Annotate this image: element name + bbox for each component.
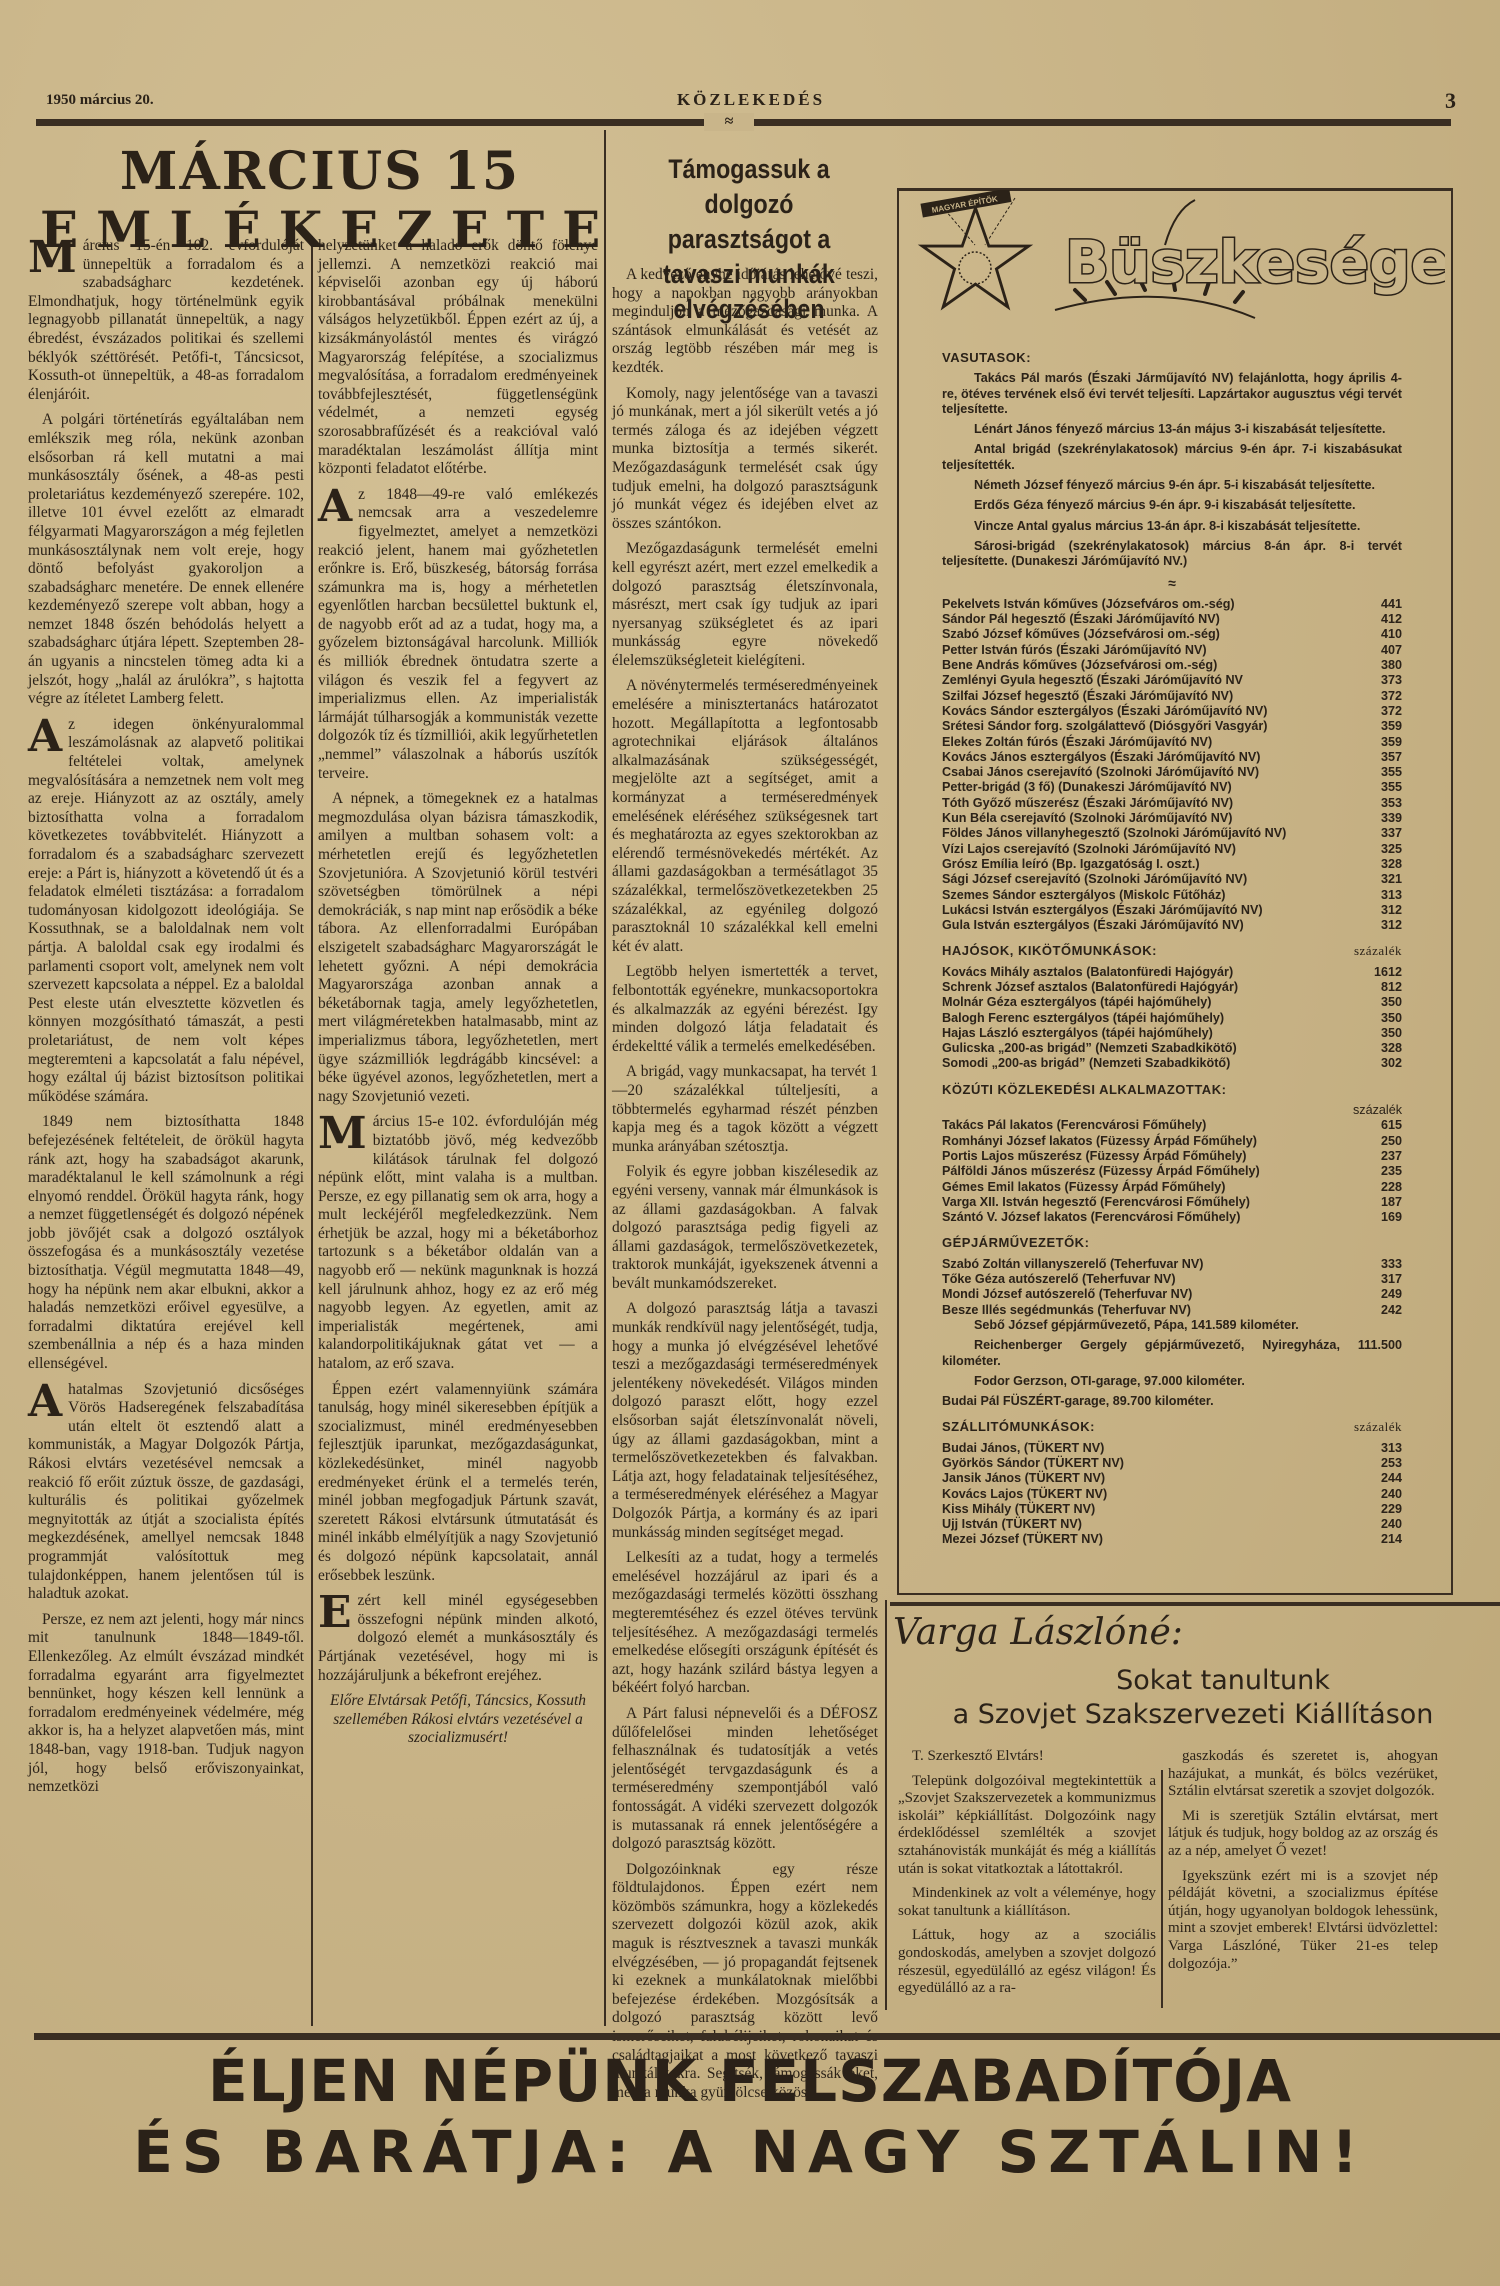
percent-value: 240: [1362, 1517, 1402, 1532]
ranking-row: Tőke Géza autószerelő (Teherfuvar NV)317: [942, 1272, 1402, 1287]
worker-name: Mondi József autószerelő (Teherfuvar NV): [942, 1287, 1192, 1302]
percent-value: 253: [1362, 1456, 1402, 1471]
worker-name: Sági József cserejavító (Szolnoki Járómű…: [942, 872, 1247, 887]
ranking-row: Mondi József autószerelő (Teherfuvar NV)…: [942, 1287, 1402, 1302]
article-paragraph: Az 1848—49-re való emlékezés nemcsak arr…: [318, 486, 598, 784]
paragraph-text: A polgári történetírás egyáltalában nem …: [28, 411, 304, 707]
worker-name: Hajas László esztergályos (tápéi hajóműh…: [942, 1026, 1213, 1041]
ranking-row: Tóth Győző műszerész (Északi Járóműjavít…: [942, 796, 1402, 811]
article-paragraph: A brigád, vagy munkacsapat, ha tervét 1—…: [612, 1063, 878, 1156]
percent-value: 355: [1362, 780, 1402, 795]
worker-name: Kovács Sándor esztergályos (Északi Járóm…: [942, 704, 1267, 719]
letter-headline: Sokat tanultunk a Szovjet Szakszervezeti…: [893, 1664, 1493, 1732]
percent-value: 410: [1362, 627, 1402, 642]
ranking-row: Mezei József (TÜKERT NV)214: [942, 1532, 1402, 1547]
percent-value: 325: [1362, 842, 1402, 857]
percent-value: 229: [1362, 1502, 1402, 1517]
worker-name: Bene András kőműves (Józsefvárosi om.-sé…: [942, 658, 1217, 673]
article-paragraph: Komoly, nagy jelentősége van a tavaszi j…: [612, 385, 878, 534]
article-paragraph: 1849 nem biztosíthatta 1848 befejezéséne…: [28, 1113, 304, 1373]
section-heading: VASUTASOK:: [942, 350, 1402, 365]
ranking-row: Jansik János (TÜKERT NV)244: [942, 1471, 1402, 1486]
percent-value: 359: [1362, 735, 1402, 750]
percent-value: 312: [1362, 903, 1402, 918]
unit-label: százalék: [1354, 1419, 1402, 1434]
drop-cap: A: [318, 488, 352, 526]
achievement-paragraph: Sebő József gépjárművezető, Pápa, 141.58…: [942, 1318, 1402, 1333]
bottom-rule-divider: [34, 2033, 1500, 2040]
worker-name: Mezei József (TÜKERT NV): [942, 1532, 1103, 1547]
percent-value: 380: [1362, 658, 1402, 673]
article-paragraph: Folyik és egyre jobban kiszélesedik az e…: [612, 1163, 878, 1293]
article-paragraph: Mi is szeretjük Sztálin elvtársat, mert …: [1168, 1808, 1438, 1861]
newspaper-name: KÖZLEKEDÉS: [46, 90, 1456, 110]
section-rule-divider: [890, 1602, 1500, 1606]
worker-name: Kun Béla cserejavító (Szolnoki Járóműjav…: [942, 811, 1232, 826]
percent-value: 350: [1362, 1011, 1402, 1026]
article-paragraph: Lelkesíti az a tudat, hogy a termelés em…: [612, 1549, 878, 1698]
worker-name: Portis Lajos műszerész (Füzessy Árpád Fő…: [942, 1149, 1246, 1164]
unit-label: százalék: [942, 1103, 1402, 1118]
letter-column-1: T. Szerkesztő Elvtárs!Telepünk dolgozóiv…: [898, 1748, 1156, 2005]
percent-value: 328: [1362, 857, 1402, 872]
article-paragraph: A hatalmas Szovjetunió dicsőséges Vörös …: [28, 1381, 304, 1604]
headline-line-1: MÁRCIUS 15: [40, 145, 600, 200]
ranking-row: Kovács Lajos (TÜKERT NV)240: [942, 1487, 1402, 1502]
ranking-row: Földes János villanyhegesztő (Szolnoki J…: [942, 826, 1402, 841]
achievement-paragraph: Fodor Gerzson, OTI-garage, 97.000 kilomé…: [942, 1374, 1402, 1389]
percent-value: 313: [1362, 1441, 1402, 1456]
achievement-paragraph: Vincze Antal gyalus március 13-án ápr. 8…: [942, 519, 1402, 534]
ranking-row: Budai János, (TÜKERT NV)313: [942, 1441, 1402, 1456]
ranking-row: Szemes Sándor esztergályos (Miskolc Fűtő…: [942, 888, 1402, 903]
worker-name: Szemes Sándor esztergályos (Miskolc Fűtő…: [942, 888, 1225, 903]
ranking-row: Elekes Zoltán fúrós (Északi Járóműjavító…: [942, 735, 1402, 750]
letter-author: Varga Lászlóné:: [893, 1612, 1183, 1653]
paragraph-text: Persze, ez nem azt jelenti, hogy már nin…: [28, 1611, 304, 1795]
ranking-row: Molnár Géza esztergályos (tápéi hajóműhe…: [942, 995, 1402, 1010]
ranking-row: Gula István esztergályos (Északi Járóműj…: [942, 918, 1402, 933]
worker-name: Kovács Mihály asztalos (Balatonfüredi Ha…: [942, 965, 1233, 980]
worker-name: Somodi „200-as brigád” (Nemzeti Szabadki…: [942, 1056, 1230, 1071]
section-heading: KÖZÚTI KÖZLEKEDÉSI ALKALMAZOTTAK:: [942, 1082, 1402, 1097]
worker-name: Sándor Pál hegesztő (Északi Járóműjavító…: [942, 612, 1220, 627]
percent-value: 337: [1362, 826, 1402, 841]
percent-value: 317: [1362, 1272, 1402, 1287]
ranking-row: Srétesi Sándor forg. szolgálattevő (Diós…: [942, 719, 1402, 734]
worker-name: Srétesi Sándor forg. szolgálattevő (Diós…: [942, 719, 1267, 734]
worker-name: Kovács János esztergályos (Északi Járómű…: [942, 750, 1260, 765]
article-paragraph: Március 15-e 102. évfordulóján még bizta…: [318, 1113, 598, 1373]
slogan-banner: ÉLJEN NÉPÜNK FELSZABADÍTÓJA ÉS BARÁTJA: …: [40, 2046, 1460, 2188]
ranking-row: Vízi Lajos cserejavító (Szolnoki Járóműj…: [942, 842, 1402, 857]
ranking-row: Sándor Pál hegesztő (Északi Járóműjavító…: [942, 612, 1402, 627]
percent-value: 372: [1362, 689, 1402, 704]
unit-label: százalék: [1354, 943, 1402, 958]
article-paragraph: A növénytermelés terméseredményeinek eme…: [612, 677, 878, 956]
ranking-row: Gémes Emil lakatos (Füzessy Árpád Főműhe…: [942, 1180, 1402, 1195]
worker-name: Zemlényi Gyula hegesztő (Északi Járóműja…: [942, 673, 1243, 688]
percent-value: 359: [1362, 719, 1402, 734]
ranking-row: Somodi „200-as brigád” (Nemzeti Szabadki…: [942, 1056, 1402, 1071]
ranking-row: Grósz Emília leíró (Bp. Igazgatóság I. o…: [942, 857, 1402, 872]
article-paragraph: Ezért kell minél egységesebben összefogn…: [318, 1592, 598, 1685]
percent-value: 169: [1362, 1210, 1402, 1225]
article-paragraph: Mindenkinek az volt a véleménye, hogy so…: [898, 1885, 1156, 1920]
drop-cap: M: [28, 239, 77, 277]
percent-value: 339: [1362, 811, 1402, 826]
worker-name: Varga XII. István hegesztő (Ferencvárosi…: [942, 1195, 1250, 1210]
article-paragraph: Mezőgazdaságunk termelését emelni kell e…: [612, 540, 878, 670]
percent-value: 372: [1362, 704, 1402, 719]
ranking-row: Balogh Ferenc esztergályos (tápéi hajómű…: [942, 1011, 1402, 1026]
paragraph-text: 1849 nem biztosíthatta 1848 befejezéséne…: [28, 1113, 304, 1372]
worker-name: Budai János, (TÜKERT NV): [942, 1441, 1104, 1456]
article-paragraph: helyzetünket a haladó erők döntő fölénye…: [318, 237, 598, 479]
column-divider: [885, 1600, 887, 2010]
ranking-row: Romhányi József lakatos (Füzessy Árpád F…: [942, 1134, 1402, 1149]
achievement-paragraph: Erdős Géza fényező március 9-én ápr. 9-i…: [942, 498, 1402, 513]
ornament-icon: ≈: [942, 576, 1402, 591]
ranking-row: Kun Béla cserejavító (Szolnoki Járóműjav…: [942, 811, 1402, 826]
drop-cap: A: [28, 1383, 62, 1421]
percent-value: 244: [1362, 1471, 1402, 1486]
section-heading: GÉPJÁRMŰVEZETŐK:: [942, 1235, 1402, 1250]
percent-value: 313: [1362, 888, 1402, 903]
article-paragraph: T. Szerkesztő Elvtárs!: [898, 1748, 1156, 1766]
ranking-row: Sági József cserejavító (Szolnoki Járómű…: [942, 872, 1402, 887]
ranking-row: Ujj István (TÜKERT NV)240: [942, 1517, 1402, 1532]
ranking-row: Szilfai József hegesztő (Északi Járóműja…: [942, 689, 1402, 704]
article-paragraph: A népnek, a tömegeknek ez a hatalmas meg…: [318, 790, 598, 1106]
column-divider: [604, 130, 606, 2026]
worker-name: Gémes Emil lakatos (Füzessy Árpád Főműhe…: [942, 1180, 1225, 1195]
worker-name: Tőke Géza autószerelő (Teherfuvar NV): [942, 1272, 1176, 1287]
ranking-row: Szántó V. József lakatos (Ferencvárosi F…: [942, 1210, 1402, 1225]
letter-column-2: gaszkodás és szeretet is, ahogyan hazáju…: [1168, 1748, 1438, 1980]
percent-value: 242: [1362, 1303, 1402, 1318]
percent-value: 407: [1362, 643, 1402, 658]
achievement-paragraph: Sárosi-brigád (szekrénylakatosok) márciu…: [942, 539, 1402, 570]
percent-value: 249: [1362, 1287, 1402, 1302]
ornament-icon: ≈: [704, 113, 754, 131]
article-paragraph: A polgári történetírás egyáltalában nem …: [28, 411, 304, 709]
paragraph-text: Éppen ezért valamennyiünk számára tanuls…: [318, 1381, 598, 1584]
achievement-paragraph: Reichenberger Gergely gépjárművezető, Ny…: [942, 1338, 1402, 1369]
worker-name: Pálföldi János műszerész (Füzessy Árpád …: [942, 1164, 1260, 1179]
ranking-row: Kovács János esztergályos (Északi Járómű…: [942, 750, 1402, 765]
ranking-row: Bene András kőműves (Józsefvárosi om.-sé…: [942, 658, 1402, 673]
percent-value: 350: [1362, 995, 1402, 1010]
ranking-row: Szabó Zoltán villanyszerelő (Teherfuvar …: [942, 1257, 1402, 1272]
article-paragraph: A dolgozó parasztság látja a tavaszi mun…: [612, 1300, 878, 1542]
worker-name: Györkös Sándor (TÜKERT NV): [942, 1456, 1124, 1471]
slogan-line-2: ÉS BARÁTJA: A NAGY SZTÁLIN!: [40, 2116, 1460, 2188]
worker-name: Vízi Lajos cserejavító (Szolnoki Járóműj…: [942, 842, 1236, 857]
percent-value: 441: [1362, 597, 1402, 612]
ranking-row: Takács Pál lakatos (Ferencvárosi Főműhel…: [942, 1118, 1402, 1133]
paragraph-text: helyzetünket a haladó erők döntő fölénye…: [318, 237, 598, 477]
percent-value: 250: [1362, 1134, 1402, 1149]
article-paragraph: Éppen ezért valamennyiünk számára tanuls…: [318, 1381, 598, 1586]
article-paragraph: Láttuk, hogy az a szociális gondoskodás,…: [898, 1927, 1156, 1997]
worker-name: Takács Pál lakatos (Ferencvárosi Főműhel…: [942, 1118, 1206, 1133]
pride-box-logo: MAGYAR ÉPÍTŐK Büszkeségeink: [905, 190, 1445, 325]
drop-cap: E: [318, 1594, 352, 1632]
article-paragraph: Az idegen önkényuralommal leszámolásnak …: [28, 716, 304, 1106]
worker-name: Ujj István (TÜKERT NV): [942, 1517, 1082, 1532]
article-peasantry-body: A kedvező enyhe időjárás lehetővé teszi,…: [612, 266, 878, 2109]
worker-name: Petter István fúrós (Északi Járóműjavító…: [942, 643, 1207, 658]
worker-name: Szabó Zoltán villanyszerelő (Teherfuvar …: [942, 1257, 1204, 1272]
worker-name: Balogh Ferenc esztergályos (tápéi hajómű…: [942, 1011, 1224, 1026]
ranking-row: Pálföldi János műszerész (Füzessy Árpád …: [942, 1164, 1402, 1179]
column-divider: [1161, 1770, 1163, 2008]
percent-value: 235: [1362, 1164, 1402, 1179]
percent-value: 357: [1362, 750, 1402, 765]
letter-headline-line-1: Sokat tanultunk: [893, 1664, 1493, 1698]
ranking-row: Kovács Sándor esztergályos (Északi Járóm…: [942, 704, 1402, 719]
ranking-row: Petter István fúrós (Északi Járóműjavító…: [942, 643, 1402, 658]
ranking-row: Zemlényi Gyula hegesztő (Északi Járóműja…: [942, 673, 1402, 688]
pride-box-content: VASUTASOK:Takács Pál marós (Északi Jármű…: [942, 340, 1402, 1548]
percent-value: 355: [1362, 765, 1402, 780]
worker-name: Csabai János cserejavító (Szolnoki Járóm…: [942, 765, 1259, 780]
worker-name: Elekes Zoltán fúrós (Északi Járóműjavító…: [942, 735, 1212, 750]
ranking-row: Portis Lajos műszerész (Füzessy Árpád Fő…: [942, 1149, 1402, 1164]
letter-headline-line-2: a Szovjet Szakszervezeti Kiállításon: [953, 1699, 1434, 1730]
page-number: 3: [1445, 88, 1456, 114]
paragraph-text: hatalmas Szovjetunió dicsőséges Vörös Ha…: [28, 1381, 304, 1603]
worker-name: Szántó V. József lakatos (Ferencvárosi F…: [942, 1210, 1240, 1225]
ranking-row: Kovács Mihály asztalos (Balatonfüredi Ha…: [942, 965, 1402, 980]
slogan-line-1: ÉLJEN NÉPÜNK FELSZABADÍTÓJA: [40, 2046, 1460, 2116]
article-paragraph: Március 15-én 102. évfordulóját ünnepelt…: [28, 237, 304, 404]
percent-value: 228: [1362, 1180, 1402, 1195]
ranking-row: Varga XII. István hegesztő (Ferencvárosi…: [942, 1195, 1402, 1210]
worker-name: Kiss Mihály (TÜKERT NV): [942, 1502, 1095, 1517]
column-divider: [311, 236, 313, 2026]
worker-name: Petter-brigád (3 fő) (Dunakeszi Járóműja…: [942, 780, 1232, 795]
percent-value: 240: [1362, 1487, 1402, 1502]
worker-name: Földes János villanyhegesztő (Szolnoki J…: [942, 826, 1286, 841]
worker-name: Gula István esztergályos (Északi Járóműj…: [942, 918, 1244, 933]
paragraph-text: Előre Elvtársak Petőfi, Táncsics, Kossut…: [330, 1692, 586, 1746]
worker-name: Pekelvets István kőműves (Józsefváros om…: [942, 597, 1235, 612]
worker-name: Gulicska „200-as brigád” (Nemzeti Szabad…: [942, 1041, 1237, 1056]
percent-value: 333: [1362, 1257, 1402, 1272]
article-paragraph: A kedvező enyhe időjárás lehetővé teszi,…: [612, 266, 878, 378]
drop-cap: M: [318, 1115, 367, 1153]
worker-name: Besze Illés segédmunkás (Teherfuvar NV): [942, 1303, 1191, 1318]
worker-name: Kovács Lajos (TÜKERT NV): [942, 1487, 1107, 1502]
percent-value: 812: [1362, 980, 1402, 995]
ranking-row: Csabai János cserejavító (Szolnoki Járóm…: [942, 765, 1402, 780]
masthead: 1950 március 20. KÖZLEKEDÉS 3: [46, 88, 1456, 116]
percent-value: 302: [1362, 1056, 1402, 1071]
paragraph-text: A népnek, a tömegeknek ez a hatalmas meg…: [318, 790, 598, 1105]
ranking-row: Hajas László esztergályos (tápéi hajóműh…: [942, 1026, 1402, 1041]
percent-value: 187: [1362, 1195, 1402, 1210]
ranking-row: Kiss Mihály (TÜKERT NV)229: [942, 1502, 1402, 1517]
article-paragraph: Legtöbb helyen ismertették a tervet, fel…: [612, 963, 878, 1056]
ranking-row: Lukácsi István esztergályos (Északi Járó…: [942, 903, 1402, 918]
svg-text:Büszkeségeink: Büszkeségeink: [1065, 228, 1445, 296]
paragraph-text: zért kell minél egységesebben összefogni…: [318, 1592, 598, 1683]
percent-value: 1612: [1362, 965, 1402, 980]
worker-name: Molnár Géza esztergályos (tápéi hajóműhe…: [942, 995, 1211, 1010]
worker-name: Jansik János (TÜKERT NV): [942, 1471, 1105, 1486]
worker-name: Romhányi József lakatos (Füzessy Árpád F…: [942, 1134, 1257, 1149]
newspaper-page: 1950 március 20. KÖZLEKEDÉS 3 ≈ MÁRCIUS …: [0, 0, 1500, 2286]
ranking-row: Petter-brigád (3 fő) (Dunakeszi Járóműja…: [942, 780, 1402, 795]
article-paragraph: Telepünk dolgozóival megtekintettük a „S…: [898, 1773, 1156, 1879]
article-paragraph: Persze, ez nem azt jelenti, hogy már nin…: [28, 1611, 304, 1797]
percent-value: 312: [1362, 918, 1402, 933]
article-paragraph: A Párt falusi népnevelői és a DÉFOSZ dűl…: [612, 1705, 878, 1854]
percent-value: 214: [1362, 1532, 1402, 1547]
paragraph-text: z 1848—49-re való emlékezés nemcsak arra…: [318, 486, 598, 782]
achievement-paragraph: Lénárt János fényező március 13-án május…: [942, 422, 1402, 437]
ranking-row: Györkös Sándor (TÜKERT NV)253: [942, 1456, 1402, 1471]
paragraph-text: z idegen önkényuralommal leszámolásnak a…: [28, 716, 304, 1105]
article-march15-column-2: helyzetünket a haladó erők döntő fölénye…: [318, 237, 598, 1755]
worker-name: Szabó József kőműves (Józsefvárosi om.-s…: [942, 627, 1220, 642]
percent-value: 615: [1362, 1118, 1402, 1133]
ranking-row: Gulicska „200-as brigád” (Nemzeti Szabad…: [942, 1041, 1402, 1056]
section-heading: HAJÓSOK, KIKÖTŐMUNKÁSOK:százalék: [942, 943, 1402, 958]
drop-cap: A: [28, 718, 62, 756]
article-paragraph: Igyekszünk ezért mi is a szovjet nép pél…: [1168, 1868, 1438, 1974]
percent-value: 412: [1362, 612, 1402, 627]
article-paragraph: gaszkodás és szeretet is, ahogyan hazáju…: [1168, 1748, 1438, 1801]
percent-value: 328: [1362, 1041, 1402, 1056]
percent-value: 321: [1362, 872, 1402, 887]
article-march15-column-1: Március 15-én 102. évfordulóját ünnepelt…: [28, 237, 304, 1804]
achievement-paragraph: Takács Pál marós (Északi Járműjavító NV)…: [942, 371, 1402, 417]
worker-name: Grósz Emília leíró (Bp. Igazgatóság I. o…: [942, 857, 1200, 872]
percent-value: 373: [1362, 673, 1402, 688]
star-laurel-logo-icon: MAGYAR ÉPÍTŐK Büszkeségeink: [905, 190, 1445, 325]
achievement-line: Budai Pál FÜSZÉRT-garage, 89.700 kilomét…: [942, 1394, 1402, 1409]
section-heading: SZÁLLITÓMUNKÁSOK:százalék: [942, 1419, 1402, 1434]
percent-value: 353: [1362, 796, 1402, 811]
ranking-row: Schrenk József asztalos (Balatonfüredi H…: [942, 980, 1402, 995]
ranking-row: Szabó József kőműves (Józsefvárosi om.-s…: [942, 627, 1402, 642]
achievement-paragraph: Antal brigád (szekrénylakatosok) március…: [942, 442, 1402, 473]
achievement-paragraph: Németh József fényező március 9-én ápr. …: [942, 478, 1402, 493]
worker-name: Tóth Győző műszerész (Északi Járóműjavít…: [942, 796, 1233, 811]
worker-name: Szilfai József hegesztő (Északi Járóműja…: [942, 689, 1233, 704]
percent-value: 237: [1362, 1149, 1402, 1164]
worker-name: Lukácsi István esztergályos (Északi Járó…: [942, 903, 1263, 918]
worker-name: Schrenk József asztalos (Balatonfüredi H…: [942, 980, 1238, 995]
ranking-row: Besze Illés segédmunkás (Teherfuvar NV)2…: [942, 1303, 1402, 1318]
article-paragraph: Előre Elvtársak Petőfi, Táncsics, Kossut…: [318, 1692, 598, 1748]
percent-value: 350: [1362, 1026, 1402, 1041]
ranking-row: Pekelvets István kőműves (Józsefváros om…: [942, 597, 1402, 612]
